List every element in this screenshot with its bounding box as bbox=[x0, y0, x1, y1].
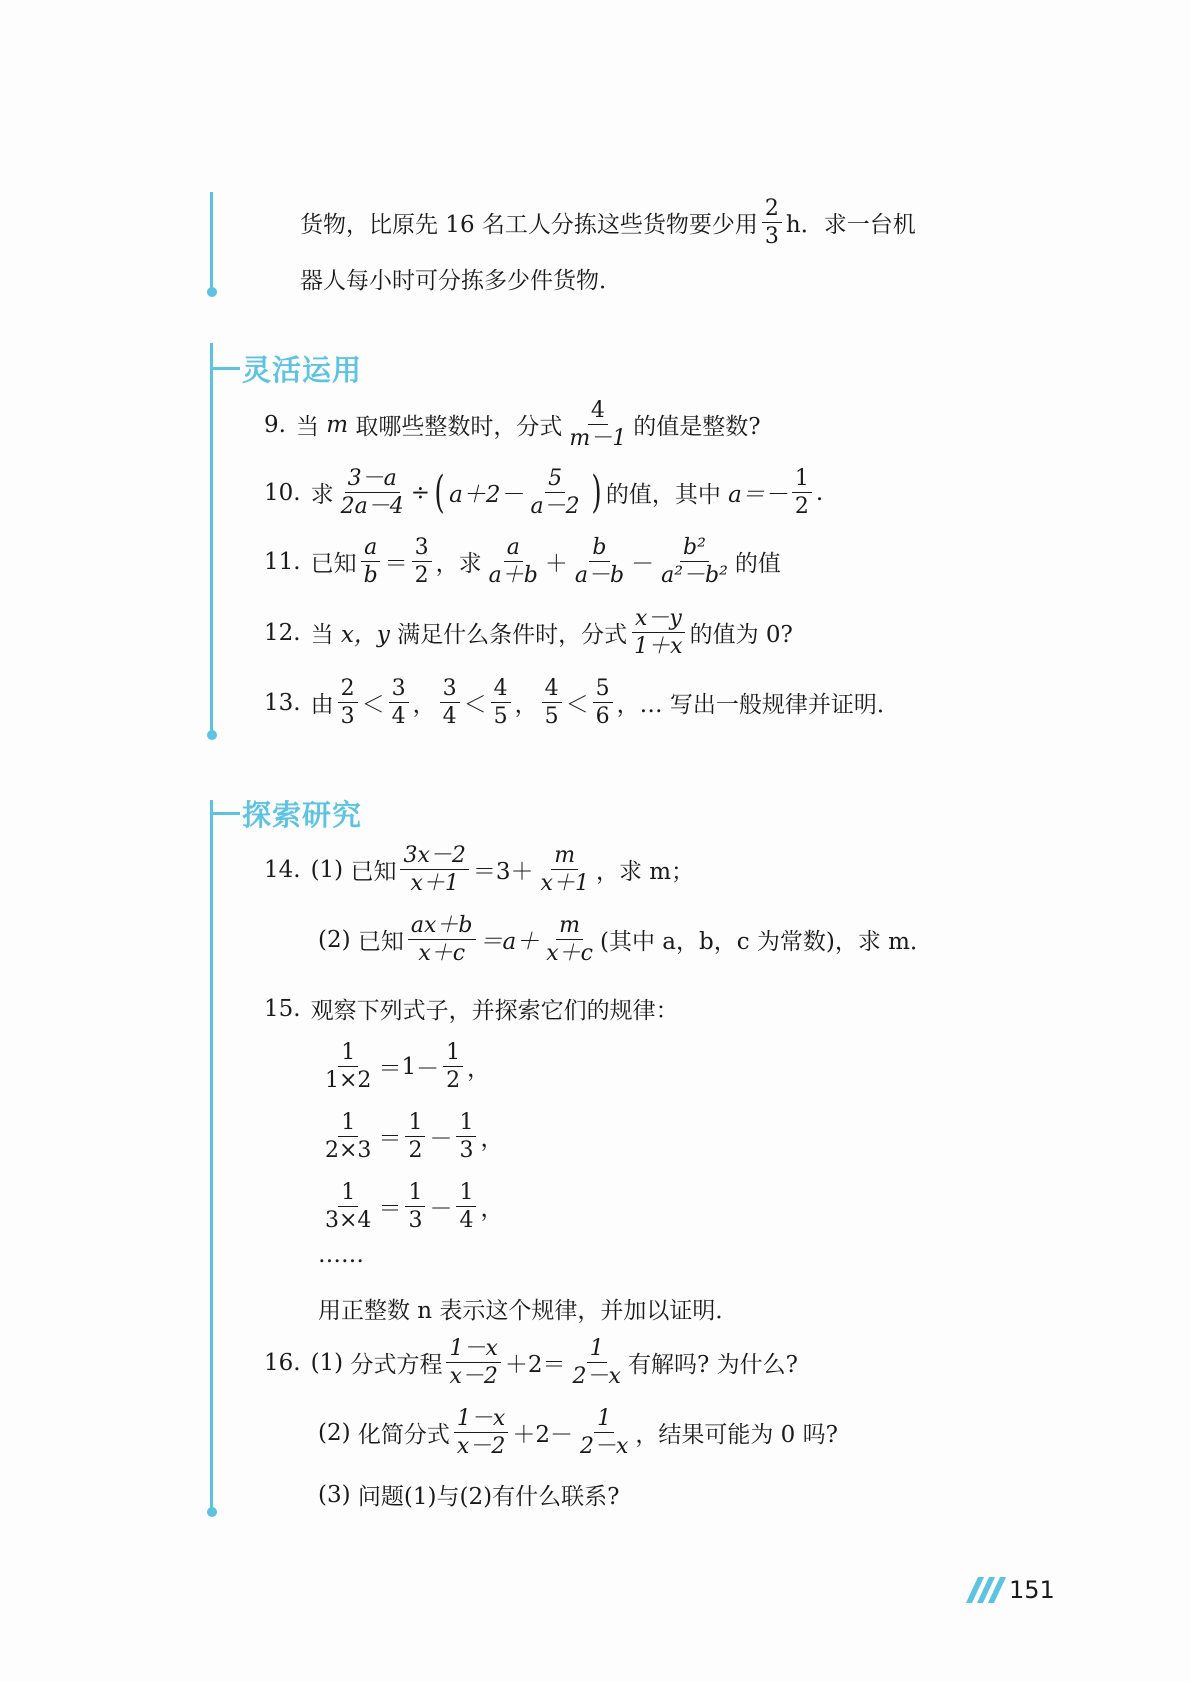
accent-line-top bbox=[210, 192, 213, 292]
heading-tick bbox=[210, 812, 240, 815]
text: 货物，比原先 16 名工人分拣这些货物要少用 bbox=[300, 206, 758, 239]
section-heading-flexible-use: 灵活运用 bbox=[210, 348, 362, 389]
accent-dot bbox=[207, 287, 217, 297]
section-heading-exploration: 探索研究 bbox=[210, 793, 362, 834]
heading-tick bbox=[210, 367, 240, 370]
problem-12: 12. 当 x，y 满足什么条件时，分式 x－y1＋x 的值为 0? bbox=[264, 606, 793, 660]
text: 器人每小时可分拣多少件货物． bbox=[300, 262, 622, 295]
problem-14-part-2: (2) 已知 ax＋bx＋c ＝a＋ mx＋c (其中 a，b，c 为常数)，求… bbox=[318, 913, 933, 967]
problem-16-part-3: (3) 问题(1)与(2)有什么联系? bbox=[318, 1478, 619, 1511]
problem-10: 10. 求 3－a2a－4 ÷ ( a＋2－ 5a－2 ) 的值，其中 a＝－ … bbox=[264, 466, 823, 520]
problem-11: 11. 已知 ab ＝ 32 ，求 aa＋b ＋ ba－b － b²a²－b² … bbox=[264, 535, 781, 589]
problem-9: 9. 当 m 取哪些整数时，分式 4m－1 的值是整数? bbox=[264, 398, 761, 452]
problem-13: 13. 由 23 ＜ 34 ， 34 ＜ 45 ， 45 ＜ 56 ，… 写出一… bbox=[264, 676, 900, 730]
page-slashes-icon bbox=[972, 1577, 1005, 1603]
continuation-line-2: 器人每小时可分拣多少件货物． bbox=[300, 262, 622, 295]
problem-14-part-1: 14. (1) 已知 3x－2x＋1 ＝3＋ mx＋1 ，求 m； bbox=[264, 843, 694, 897]
ellipsis: …… bbox=[318, 1242, 364, 1268]
problem-16-part-1: 16. (1) 分式方程 1－xx－2 ＋2＝ 12－x 有解吗? 为什么? bbox=[264, 1336, 798, 1390]
accent-dot bbox=[207, 1507, 217, 1517]
pattern-row-3: 13×4 ＝ 13 － 14 ， bbox=[318, 1180, 503, 1234]
accent-dot bbox=[207, 730, 217, 740]
text: h．求一台机 bbox=[786, 206, 916, 239]
accent-line-section2 bbox=[210, 800, 213, 1512]
problem-15: 15. 观察下列式子，并探索它们的规律： bbox=[264, 992, 679, 1025]
continuation-line-1: 货物，比原先 16 名工人分拣这些货物要少用 23 h．求一台机 bbox=[300, 196, 916, 250]
problem-15-conclusion: 用正整数 n 表示这个规律，并加以证明． bbox=[318, 1292, 738, 1325]
problem-16-part-2: (2) 化简分式 1－xx－2 ＋2－ 12－x ，结果可能为 0 吗? bbox=[318, 1406, 838, 1460]
fraction: 23 bbox=[762, 196, 782, 250]
accent-line-section1 bbox=[210, 343, 213, 735]
pattern-row-1: 11×2 ＝ 1 － 12 ， bbox=[318, 1040, 490, 1094]
fraction: 4m－1 bbox=[566, 398, 629, 452]
pattern-row-2: 12×3 ＝ 12 － 13 ， bbox=[318, 1110, 503, 1164]
page-number: 151 bbox=[972, 1576, 1055, 1604]
